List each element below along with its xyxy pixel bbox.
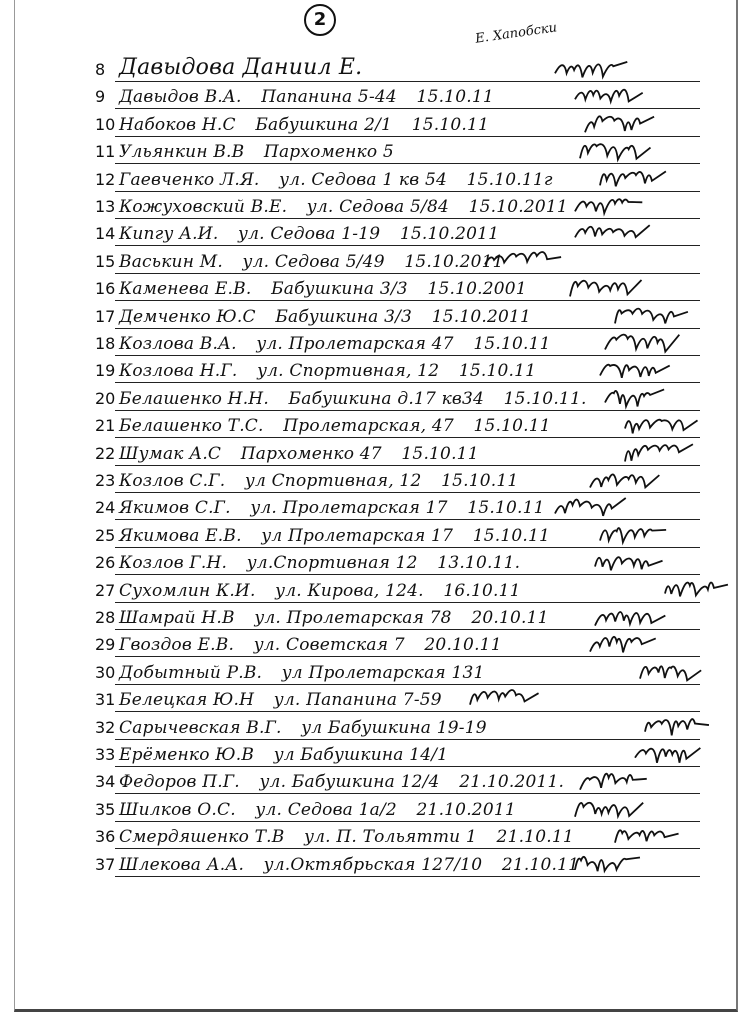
entry-text: Смердяшенко Т.В ул. П. Тольятти 1 21.10.… [119, 827, 588, 847]
entry-date: 16.10.11 [443, 581, 520, 601]
entry-address: ул Спортивная, 12 [245, 471, 422, 491]
list-item: 9 Давыдов В.А. Папанина 5-44 15.10.11 [15, 82, 736, 109]
list-item: 14 Кипгу А.И. ул. Седова 1-19 15.10.2011 [15, 219, 736, 246]
signature-icon [605, 383, 665, 411]
signature-icon [585, 109, 645, 137]
list-item: 18 Козлова В.А. ул. Пролетарская 47 15.1… [15, 329, 736, 356]
entry-name: Набоков Н.С [119, 115, 236, 135]
entry-name: Васькин М. [119, 252, 223, 272]
entry-text: Васькин М. ул. Седова 5/49 15.10.2011 [119, 252, 518, 272]
list-item: 10 Набоков Н.С Бабушкина 2/1 15.10.11 [15, 110, 736, 137]
signature-icon [600, 355, 660, 383]
entry-text: Якимова Е.В. ул Пролетарская 17 15.10.11 [119, 526, 564, 546]
entry-name: Гвоздов Е.В. [119, 635, 234, 655]
entry-text: Давыдов В.А. Папанина 5-44 15.10.11 [119, 87, 508, 107]
entry-text: Козлов Г.Н. ул.Спортивная 12 13.10.11. [119, 553, 534, 573]
entry-text: Белецкая Ю.Н ул. Папанина 7-59 [119, 690, 470, 710]
entry-address: ул. Пролетарская 78 [254, 608, 451, 628]
entry-address: ул Пролетарская 17 [261, 526, 453, 546]
entry-address: ул. Спортивная, 12 [257, 361, 439, 381]
signature-icon [570, 273, 630, 301]
entry-text: Ерёменко Ю.В ул Бабушкина 14/1 [119, 745, 476, 765]
entry-text: Сухомлин К.И. ул. Кирова, 124. 16.10.11 [119, 581, 535, 601]
entry-address: ул Бабушкина 14/1 [274, 745, 448, 765]
page-number-circle: 2 [304, 4, 336, 36]
entry-address: ул.Октябрьская 127/10 [264, 855, 483, 875]
document-page: 2 Е. Хапобски 8 Давыдова Даниил Е. 9 Дав… [14, 0, 738, 1012]
entry-text: Набоков Н.С Бабушкина 2/1 15.10.11 [119, 115, 503, 135]
entry-date: 21.10.2011. [459, 772, 564, 792]
entry-date: 13.10.11. [437, 553, 520, 573]
entry-name: Демченко Ю.С [119, 307, 256, 327]
entry-address: ул. Седова 5/84 [307, 197, 449, 217]
entry-address: ул. Седова 1а/2 [255, 800, 397, 820]
signature-icon [605, 328, 665, 356]
signature-icon [600, 520, 660, 548]
entry-date: 15.10.11. [504, 389, 587, 409]
entry-name: Козлова Н.Г. [119, 361, 237, 381]
entry-address: ул. Советская 7 [254, 635, 405, 655]
entry-date: 20.10.11 [424, 635, 501, 655]
entry-text: Белашенко Н.Н. Бабушкина д.17 кв34 15.10… [119, 389, 601, 409]
entry-name: Шлекова А.А. [119, 855, 244, 875]
entry-date: 15.10.2011 [432, 307, 531, 327]
list-item: 27 Сухомлин К.И. ул. Кирова, 124. 16.10.… [15, 576, 736, 603]
entry-date: 21.10.11 [502, 855, 579, 875]
signature-icon [615, 301, 675, 329]
signature-icon [580, 766, 640, 794]
entry-date: 15.10.11 [459, 361, 536, 381]
signature-icon [625, 438, 685, 466]
entry-name: Козлова В.А. [119, 334, 237, 354]
entry-text: Федоров П.Г. ул. Бабушкина 12/4 21.10.20… [119, 772, 578, 792]
entry-date: 15.10.11г [467, 170, 553, 190]
entry-name: Якимов С.Г. [119, 498, 231, 518]
entry-text: Шумак А.С Пархоменко 47 15.10.11 [119, 444, 493, 464]
entry-date: 15.10.11 [473, 526, 550, 546]
list-item: 19 Козлова Н.Г. ул. Спортивная, 12 15.10… [15, 356, 736, 383]
list-item: 33 Ерёменко Ю.В ул Бабушкина 14/1 [15, 740, 736, 767]
signature-icon [575, 794, 635, 822]
entry-address: ул. П. Тольятти 1 [304, 827, 477, 847]
signature-icon [645, 712, 705, 740]
entry-text: Козлов С.Г. ул Спортивная, 12 15.10.11 [119, 471, 532, 491]
entry-address: Бабушкина 2/1 [255, 115, 392, 135]
entry-date: 15.10.11 [412, 115, 489, 135]
entry-name: Сарычевская В.Г. [119, 718, 282, 738]
entry-date: 15.10.11 [441, 471, 518, 491]
entry-name: Сухомлин К.И. [119, 581, 256, 601]
entry-address: ул Пролетарская 131 [282, 663, 485, 683]
signature-icon [575, 218, 635, 246]
entry-text: Козлова В.А. ул. Пролетарская 47 15.10.1… [119, 334, 565, 354]
signature-icon [640, 657, 700, 685]
entry-address: ул. Кирова, 124. [275, 581, 424, 601]
entry-name: Шилков О.С. [119, 800, 236, 820]
margin-note: Е. Хапобски [474, 20, 558, 46]
entry-name: Белецкая Ю.Н [119, 690, 254, 710]
list-item: 24 Якимов С.Г. ул. Пролетарская 17 15.10… [15, 493, 736, 520]
entry-name: Белашенко Н.Н. [119, 389, 269, 409]
entry-name: Каменева Е.В. [119, 279, 251, 299]
list-item: 16 Каменева Е.В. Бабушкина 3/3 15.10.200… [15, 274, 736, 301]
entry-address: ул. Папанина 7-59 [274, 690, 442, 710]
entry-date: 15.10.2001 [427, 279, 526, 299]
list-item: 8 Давыдова Даниил Е. [15, 55, 736, 82]
signature-icon [595, 547, 655, 575]
entry-address: Бабушкина 3/3 [275, 307, 412, 327]
entry-name: Гаевченко Л.Я. [119, 170, 260, 190]
entry-address: ул.Спортивная 12 [247, 553, 418, 573]
signature-icon [575, 191, 635, 219]
entry-address: Пролетарская, 47 [283, 416, 454, 436]
entry-text: Гаевченко Л.Я. ул. Седова 1 кв 54 15.10.… [119, 170, 567, 190]
entry-name: Давыдов В.А. [119, 87, 242, 107]
list-item: 13 Кожуховский В.Е. ул. Седова 5/84 15.1… [15, 192, 736, 219]
signature-icon [485, 246, 545, 274]
signature-icon [635, 739, 695, 767]
entry-name: Ерёменко Ю.В [119, 745, 254, 765]
entry-text: Кипгу А.И. ул. Седова 1-19 15.10.2011 [119, 224, 513, 244]
list-item: 26 Козлов Г.Н. ул.Спортивная 12 13.10.11… [15, 548, 736, 575]
list-item: 29 Гвоздов Е.В. ул. Советская 7 20.10.11 [15, 630, 736, 657]
entry-date: 15.10.2011 [400, 224, 499, 244]
entry-text: Демченко Ю.С Бабушкина 3/3 15.10.2011 [119, 307, 545, 327]
entry-name: Кипгу А.И. [119, 224, 218, 244]
entry-address: Пархоменко 47 [241, 444, 382, 464]
entry-text: Добытный Р.В. ул Пролетарская 131 [119, 663, 513, 683]
signature-icon [470, 684, 530, 712]
list-item: 22 Шумак А.С Пархоменко 47 15.10.11 [15, 439, 736, 466]
entry-name: Ульянкин В.В [119, 142, 244, 162]
entry-date: 15.10.2011 [469, 197, 568, 217]
entry-text: Ульянкин В.В Пархоменко 5 [119, 142, 422, 162]
entry-date: 15.10.11 [467, 498, 544, 518]
entry-date: 15.10.11 [417, 87, 494, 107]
list-item: 37 Шлекова А.А. ул.Октябрьская 127/10 21… [15, 850, 736, 877]
signature-icon [575, 849, 635, 877]
entry-text: Каменева Е.В. Бабушкина 3/3 15.10.2001 [119, 279, 541, 299]
list-item: 15 Васькин М. ул. Седова 5/49 15.10.2011 [15, 247, 736, 274]
entry-name: Шамрай Н.В [119, 608, 235, 628]
list-item: 21 Белашенко Т.С. Пролетарская, 47 15.10… [15, 411, 736, 438]
signature-icon [595, 602, 655, 630]
entry-text: Козлова Н.Г. ул. Спортивная, 12 15.10.11 [119, 361, 550, 381]
entry-text: Сарычевская В.Г. ул Бабушкина 19-19 [119, 718, 515, 738]
list-item: 30 Добытный Р.В. ул Пролетарская 131 [15, 658, 736, 685]
list-item: 32 Сарычевская В.Г. ул Бабушкина 19-19 [15, 713, 736, 740]
entry-address: Бабушкина 3/3 [271, 279, 408, 299]
signature-icon [555, 54, 615, 82]
list-item: 34 Федоров П.Г. ул. Бабушкина 12/4 21.10… [15, 767, 736, 794]
entry-name: Якимова Е.В. [119, 526, 242, 546]
list-item: 31 Белецкая Ю.Н ул. Папанина 7-59 [15, 685, 736, 712]
entry-text: Шилков О.С. ул. Седова 1а/2 21.10.2011 [119, 800, 530, 820]
entry-date: 20.10.11 [471, 608, 548, 628]
entry-text: Кожуховский В.Е. ул. Седова 5/84 15.10.2… [119, 197, 582, 217]
signature-icon [600, 164, 660, 192]
entry-date: 15.10.11 [401, 444, 478, 464]
entry-text: Якимов С.Г. ул. Пролетарская 17 15.10.11 [119, 498, 559, 518]
entry-name: Кожуховский В.Е. [119, 197, 287, 217]
list-item: 25 Якимова Е.В. ул Пролетарская 17 15.10… [15, 521, 736, 548]
signature-icon [575, 81, 635, 109]
list-item: 12 Гаевченко Л.Я. ул. Седова 1 кв 54 15.… [15, 165, 736, 192]
entry-name: Белашенко Т.С. [119, 416, 264, 436]
entry-address: ул. Седова 1 кв 54 [279, 170, 447, 190]
entry-date: 15.10.11 [474, 416, 551, 436]
entry-text: Гвоздов Е.В. ул. Советская 7 20.10.11 [119, 635, 516, 655]
entry-date: 21.10.2011 [417, 800, 516, 820]
entry-text: Шлекова А.А. ул.Октябрьская 127/10 21.10… [119, 855, 593, 875]
entry-name: Козлов Г.Н. [119, 553, 227, 573]
entry-address: ул. Седова 5/49 [243, 252, 385, 272]
entry-name: Смердяшенко Т.В [119, 827, 284, 847]
entry-address: ул. Пролетарская 17 [250, 498, 447, 518]
list-item: 35 Шилков О.С. ул. Седова 1а/2 21.10.201… [15, 795, 736, 822]
signature-icon [615, 821, 675, 849]
list-item: 36 Смердяшенко Т.В ул. П. Тольятти 1 21.… [15, 822, 736, 849]
entry-address: Папанина 5-44 [261, 87, 397, 107]
entry-address: Пархоменко 5 [264, 142, 394, 162]
entry-address: ул. Пролетарская 47 [256, 334, 453, 354]
entry-text: Давыдова Даниил Е. [119, 55, 404, 80]
entry-text: Шамрай Н.В ул. Пролетарская 78 20.10.11 [119, 608, 563, 628]
entry-name: Козлов С.Г. [119, 471, 225, 491]
signature-icon [665, 575, 725, 603]
signature-icon [590, 465, 650, 493]
signature-icon [625, 410, 685, 438]
signature-icon [580, 136, 640, 164]
signature-icon [555, 492, 615, 520]
entry-name: Федоров П.Г. [119, 772, 240, 792]
list-item: 20 Белашенко Н.Н. Бабушкина д.17 кв34 15… [15, 384, 736, 411]
entry-name: Шумак А.С [119, 444, 221, 464]
list-item: 23 Козлов С.Г. ул Спортивная, 12 15.10.1… [15, 466, 736, 493]
list-item: 17 Демченко Ю.С Бабушкина 3/3 15.10.2011 [15, 302, 736, 329]
entry-date: 21.10.11 [497, 827, 574, 847]
list-item: 11 Ульянкин В.В Пархоменко 5 [15, 137, 736, 164]
entry-address: ул. Бабушкина 12/4 [260, 772, 440, 792]
entry-address: ул Бабушкина 19-19 [301, 718, 487, 738]
entry-date: 15.10.11 [473, 334, 550, 354]
entry-name: Давыдова Даниил Е. [119, 55, 362, 80]
entry-address: ул. Седова 1-19 [238, 224, 380, 244]
entry-address: Бабушкина д.17 кв34 [289, 389, 485, 409]
list-item: 28 Шамрай Н.В ул. Пролетарская 78 20.10.… [15, 603, 736, 630]
entry-text: Белашенко Т.С. Пролетарская, 47 15.10.11 [119, 416, 565, 436]
entry-name: Добытный Р.В. [119, 663, 262, 683]
signature-icon [590, 629, 650, 657]
